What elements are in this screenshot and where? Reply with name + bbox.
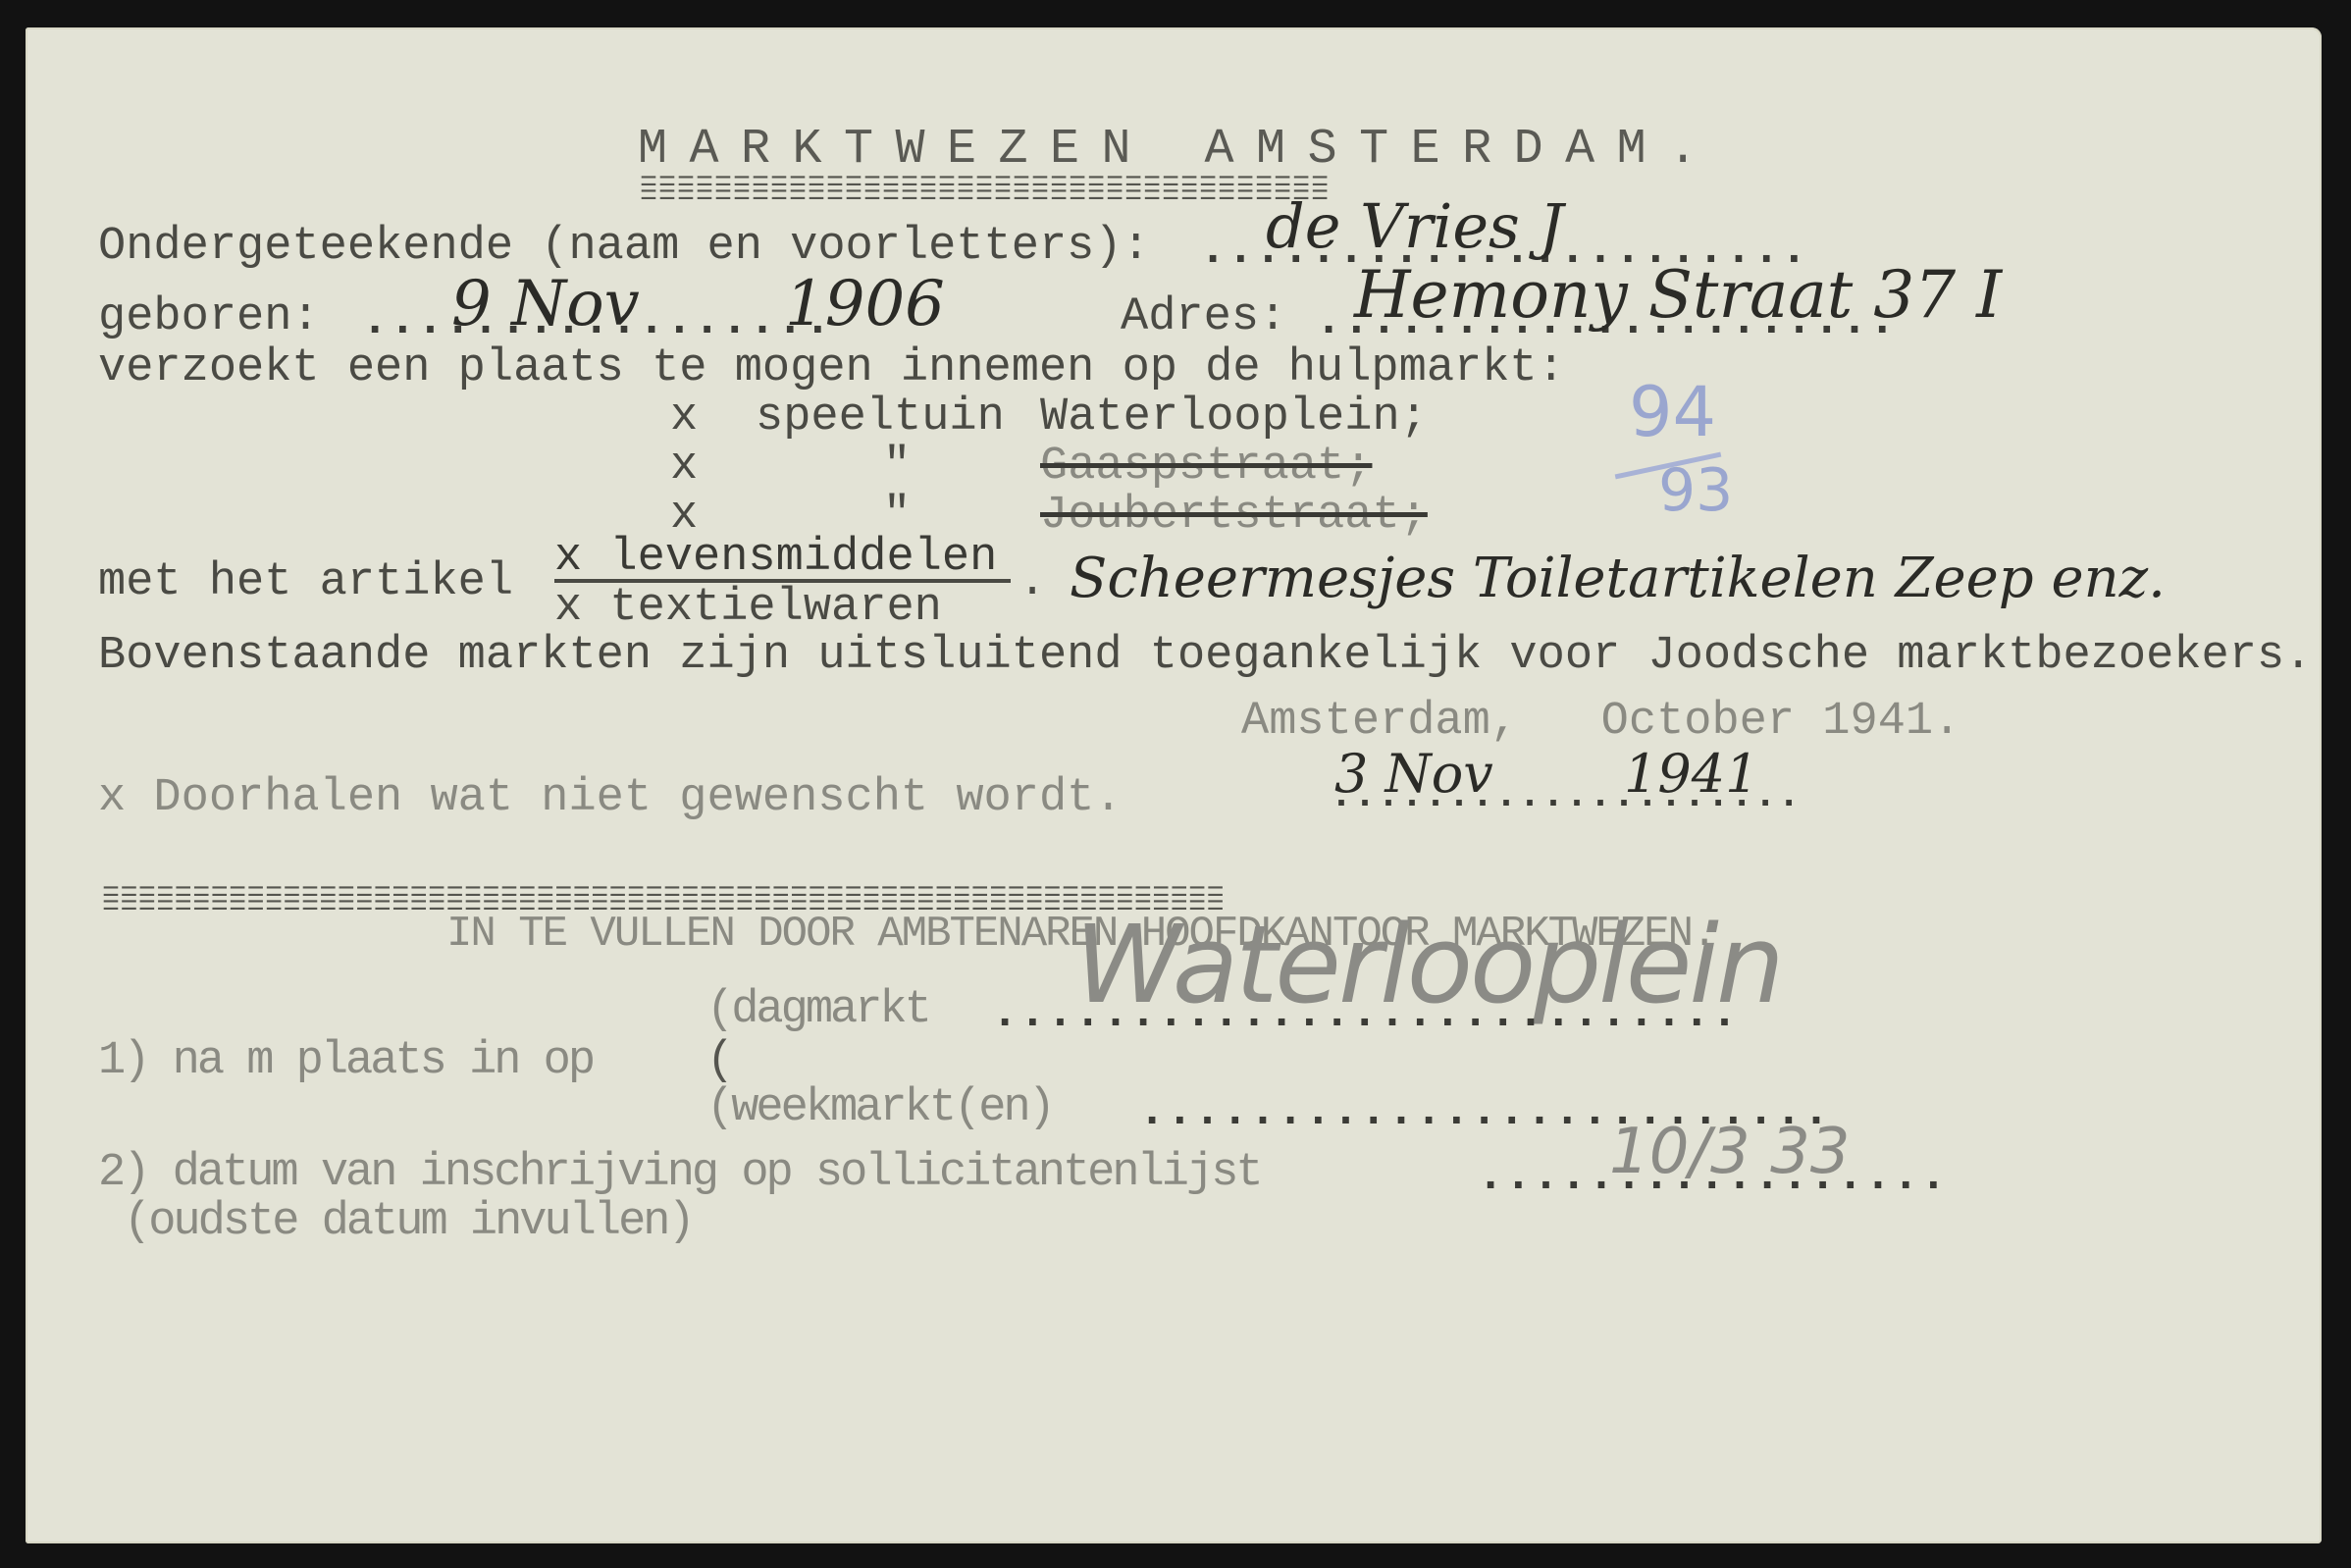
born-day-handwritten: 9 Nov xyxy=(451,273,640,336)
article-option-textielwaren: x textielwaren xyxy=(554,585,942,631)
name-label: Ondergeteekende (naam en voorletters): xyxy=(98,224,1150,270)
article-period: . xyxy=(1019,559,1046,605)
option-weekmarkt: (weekmarkt(en) xyxy=(706,1085,1053,1131)
market-mark-2: x xyxy=(670,444,698,490)
article-label: met het artikel xyxy=(98,559,513,605)
item-2-sub: (oudste datum invullen) xyxy=(124,1199,693,1245)
market-gaaspstraat-struck: Gaaspstraat; xyxy=(1040,444,1372,490)
blue-annotation-top: 94 xyxy=(1629,378,1716,446)
market-prefix-1: speeltuin xyxy=(756,394,1005,441)
address-handwritten: Hemony Straat 37 I xyxy=(1354,263,2002,328)
market-ditto-2: " xyxy=(883,444,911,490)
brace-middle: ( xyxy=(706,1038,734,1084)
place-date-typed: Amsterdam, October 1941. xyxy=(1241,699,1960,745)
inschrijving-handwritten-pencil: 10/3 33 xyxy=(1609,1121,1851,1183)
name-handwritten: de Vries J xyxy=(1266,196,1563,257)
address-label: Adres: xyxy=(1121,294,1286,340)
born-label: geboren: xyxy=(98,294,320,340)
born-year-handwritten: 1906 xyxy=(785,273,945,336)
market-waterlooplein: Waterlooplein; xyxy=(1040,394,1428,441)
market-mark-1: x xyxy=(670,394,698,441)
notice-text: Bovenstaande markten zijn uitsluitend to… xyxy=(98,633,2312,679)
date-handwritten-day: 3 Nov xyxy=(1334,748,1493,801)
title-underline-2: ===================================== xyxy=(640,183,1330,212)
date-handwritten-year: 1941 xyxy=(1624,748,1758,801)
dagmarkt-dotted-field[interactable]: ........................... xyxy=(991,991,1739,1037)
strike-note: x Doorhalen wat niet gewenscht wordt. xyxy=(98,775,1123,821)
option-dagmarkt: (dagmarkt xyxy=(706,987,929,1033)
blue-annotation-bottom: 93 xyxy=(1658,461,1733,520)
market-joubertstraat-struck: Joubertstraat; xyxy=(1040,493,1428,539)
item-2-label: 2) datum van inschrijving op sollicitant… xyxy=(98,1150,1261,1196)
request-line: verzoekt een plaats te mogen innemen op … xyxy=(98,345,1565,392)
article-handwritten: Scheermesjes Toiletartikelen Zeep enz. xyxy=(1070,551,2166,606)
article-option-levensmiddelen: x levensmiddelen xyxy=(554,535,997,581)
item-1-label: 1) na m plaats in op xyxy=(98,1038,593,1084)
